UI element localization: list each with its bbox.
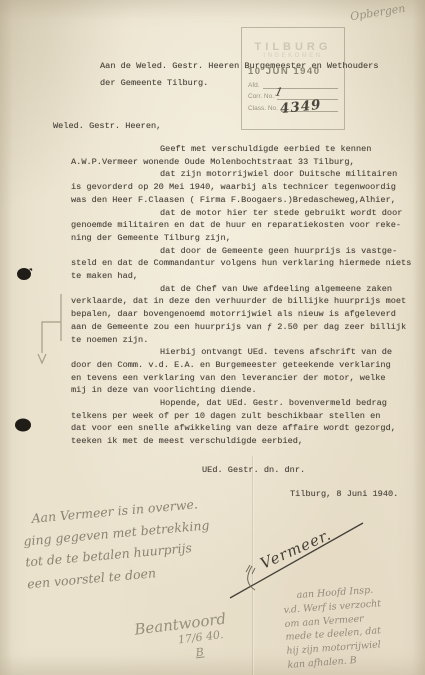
- signature: Vermeer.: [258, 525, 335, 572]
- answered-initial: B: [195, 641, 231, 660]
- closing-formula: UEd. Gestr. dn. dnr.: [202, 464, 305, 477]
- body-line: Hopende, dat UEd. Gestr. bovenvermeld be…: [71, 397, 411, 410]
- body-line: aan de Gemeente zou een huurprijs van ƒ …: [71, 321, 411, 334]
- body-line: was den Heer F.Claasen ( Firma F.Boogaer…: [71, 194, 411, 207]
- ink-blob-tail: [29, 268, 32, 271]
- body-line: Hierbij ontvangt UEd. tevens afschrift v…: [71, 346, 411, 359]
- body-line: telkens per week of per 10 dagen zult be…: [71, 410, 411, 423]
- stamp-rule: [263, 88, 338, 89]
- body-line: A.W.P.Vermeer wonende Oude Molenbochtstr…: [71, 156, 411, 169]
- dateline: Tilburg, 8 Juni 1940.: [290, 488, 398, 501]
- ink-blob: [17, 268, 31, 280]
- pencil-arrow-mark: [38, 294, 61, 363]
- body-line: dat voor een snelle afwikkeling van deze…: [71, 422, 411, 435]
- body-line: dat door de Gemeente geen huurprijs is v…: [71, 245, 411, 258]
- body-line: teeken ik met de meest verschuldigde eer…: [71, 435, 411, 448]
- instruction-note: aan Hoofd Insp.v.d. Werf is verzochtom a…: [282, 580, 425, 672]
- body-line: en tevens een verklaring van den leveran…: [71, 372, 411, 385]
- corner-filing-note: Opbergen: [349, 2, 406, 24]
- stamp-corr-row: Corr. No.: [242, 89, 344, 101]
- body-line: dat de motor hier ter stede gebruikt wor…: [71, 207, 411, 220]
- received-stamp: TILBURG INGEKOMEN 10 JUN 1940 Afd. Corr.…: [241, 27, 345, 130]
- paper-crease: [252, 456, 253, 675]
- stamp-class-label: Class. No.: [248, 105, 278, 112]
- answered-note: Beantwoord 17/6 40. B: [134, 612, 231, 668]
- body-line: ning der Gemeente Tilburg zijn,: [71, 232, 411, 245]
- body-line: verklaarde, dat in deze den verhuurder d…: [71, 295, 411, 308]
- body-line: is gevorderd op 20 Mei 1940, waarbij als…: [71, 181, 411, 194]
- body-line: door den Comm. v.d. E.A. en Burgemeester…: [71, 359, 411, 372]
- body-line: te noemen zijn.: [71, 334, 411, 347]
- letter-body: Geeft met verschuldigde eerbied te kenne…: [71, 143, 411, 448]
- margin-note: Aan Vermeer is in overwe.ging gegeven me…: [21, 490, 248, 595]
- body-line: mij in deze van voorlichting diende.: [71, 384, 411, 397]
- salutation: Weled. Gestr. Heeren,: [53, 120, 161, 133]
- stamp-afd-label: Afd.: [248, 82, 260, 89]
- body-line: steld en dat de Commandantur volgens hun…: [71, 257, 411, 270]
- body-line: bepalen, daar bovengenoemd motorrijwiel …: [71, 308, 411, 321]
- ink-blob: [15, 419, 31, 432]
- stamp-corr-value: 4349: [279, 97, 322, 117]
- stamp-received-label: INGEKOMEN: [242, 53, 344, 59]
- body-line: Geeft met verschuldigde eerbied te kenne…: [71, 143, 411, 156]
- body-line: te maken had,: [71, 270, 411, 283]
- body-line: dat de Chef van Uwe afdeeling algemeene …: [71, 283, 411, 296]
- stamp-corr-label: Corr. No.: [248, 93, 274, 100]
- body-line: genoemde militairen en dat de huur en re…: [71, 219, 411, 232]
- stamp-date: 10 JUN 1940: [242, 66, 344, 77]
- body-line: dat zijn motorrijwiel door Duitsche mili…: [71, 168, 411, 181]
- stamp-town: TILBURG: [242, 41, 344, 53]
- stamp-afd-row: Afd.: [242, 77, 344, 89]
- letter-page: Aan de Weled. Gestr. Heeren Burgemeester…: [0, 0, 425, 675]
